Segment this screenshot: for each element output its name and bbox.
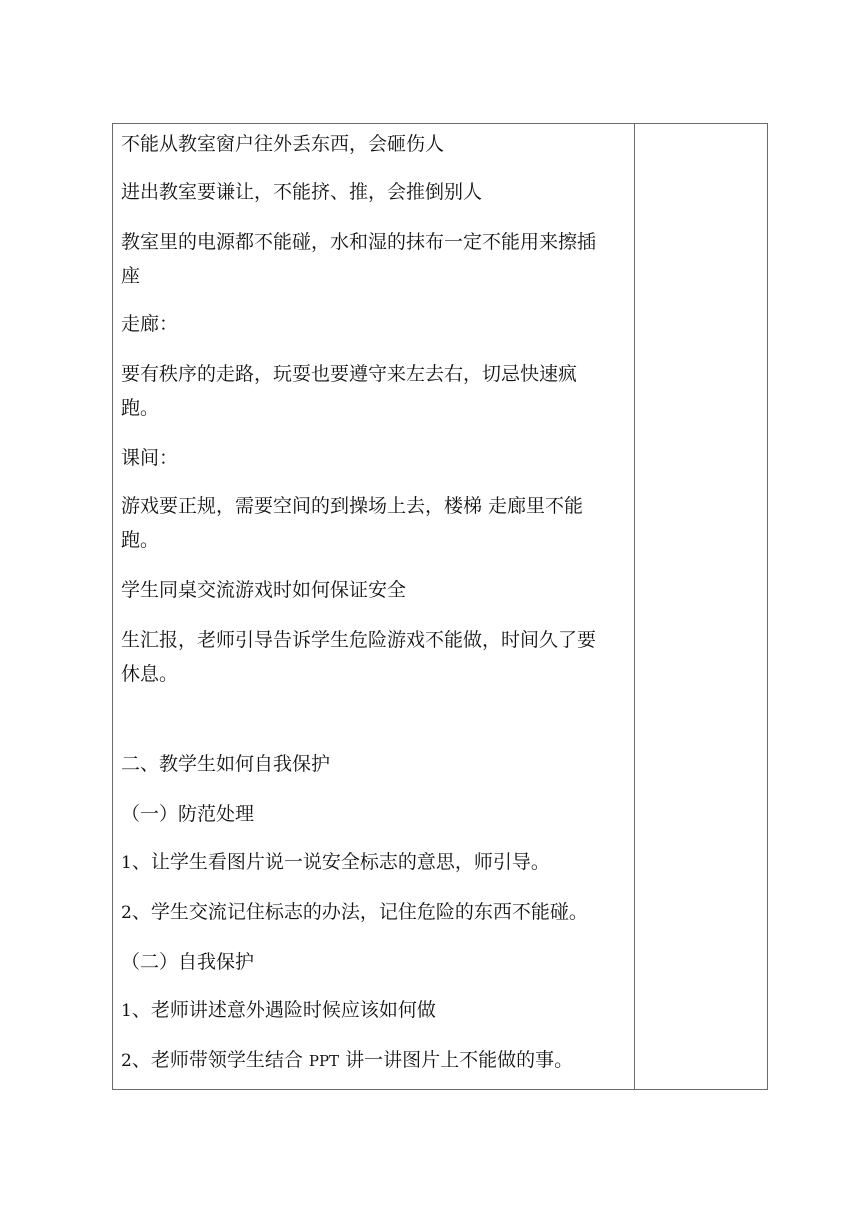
list-item: 1、让学生看图片说一说安全标志的意思，师引导。 xyxy=(121,846,550,880)
text-line: 游戏要正规，需要空间的到操场上去，楼梯 走廊里不能 xyxy=(121,490,583,523)
text-line: 进出教室要谦让，不能挤、推，会推倒别人 xyxy=(121,176,482,209)
text-line: 生汇报，老师引导告诉学生危险游戏不能做，时间久了要 xyxy=(121,624,596,657)
text-line: 跑。 xyxy=(121,392,159,425)
text-line: 不能从教室窗户往外丢东西，会砸伤人 xyxy=(121,128,444,161)
document-page: 不能从教室窗户往外丢东西，会砸伤人 进出教室要谦让，不能挤、推，会推倒别人 教室… xyxy=(0,0,860,1216)
section-label-break: 课间： xyxy=(121,442,178,475)
subsection-heading-2: （二）自我保护 xyxy=(121,946,254,979)
ppt-label: PPT xyxy=(309,1052,339,1070)
section-heading-2: 二、教学生如何自我保护 xyxy=(121,748,330,781)
list-item: 2、老师带领学生结合 PPT 讲一讲图片上不能做的事。 xyxy=(121,1044,573,1078)
list-item: 1、老师讲述意外遇险时候应该如何做 xyxy=(121,994,436,1028)
text-line: 座 xyxy=(121,260,140,293)
text-line: 教室里的电源都不能碰，水和湿的抹布一定不能用来擦插 xyxy=(121,226,596,259)
text-line: 跑。 xyxy=(121,524,159,557)
list-text: 、老师讲述意外遇险时候应该如何做 xyxy=(132,999,436,1021)
list-number: 1 xyxy=(121,853,132,873)
lesson-table: 不能从教室窗户往外丢东西，会砸伤人 进出教室要谦让，不能挤、推，会推倒别人 教室… xyxy=(112,123,768,1090)
list-text: 、老师带领学生结合 xyxy=(132,1049,309,1071)
section-label-corridor: 走廊： xyxy=(121,308,178,341)
list-number: 2 xyxy=(121,1051,132,1071)
list-number: 1 xyxy=(121,1001,132,1021)
list-number: 2 xyxy=(121,903,132,923)
subsection-heading-1: （一）防范处理 xyxy=(121,798,254,831)
text-line: 学生同桌交流游戏时如何保证安全 xyxy=(121,574,406,607)
list-item: 2、学生交流记住标志的办法，记住危险的东西不能碰。 xyxy=(121,896,588,930)
list-text: 、学生交流记住标志的办法，记住危险的东西不能碰。 xyxy=(132,901,588,923)
list-text: 、让学生看图片说一说安全标志的意思，师引导。 xyxy=(132,851,550,873)
list-text: 讲一讲图片上不能做的事。 xyxy=(339,1049,573,1071)
notes-cell xyxy=(635,124,767,1089)
text-line: 休息。 xyxy=(121,658,178,691)
text-line: 要有秩序的走路，玩耍也要遵守来左去右，切忌快速疯 xyxy=(121,358,577,391)
